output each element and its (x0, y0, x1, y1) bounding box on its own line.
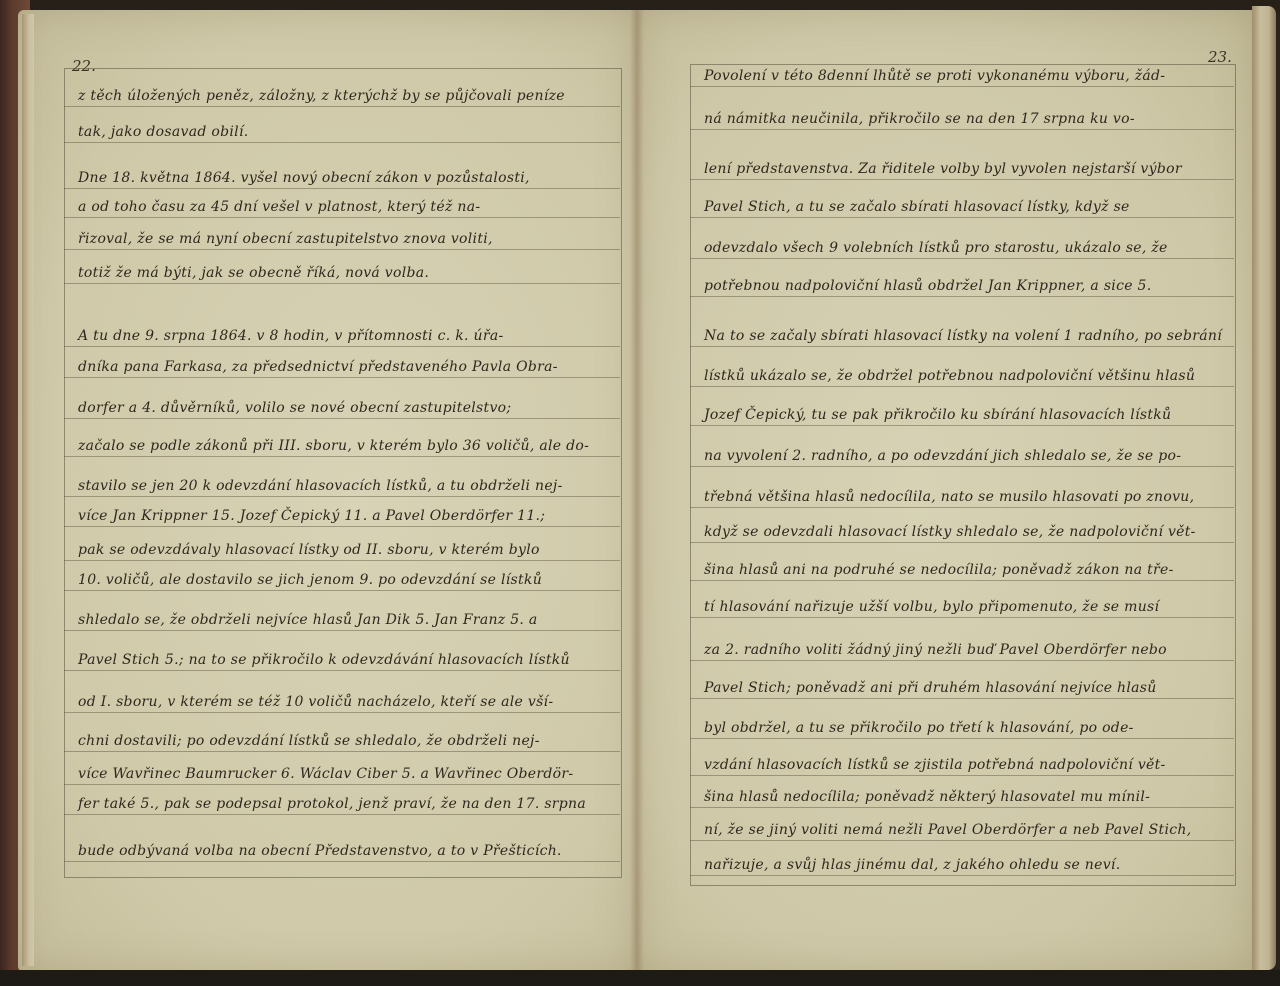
handwritten-line: Povolení v této 8denní lhůtě se proti vy… (690, 66, 1234, 87)
handwritten-line: shledalo se, že obdrželi nejvíce hlasů J… (64, 610, 620, 631)
right-page-text: Povolení v této 8denní lhůtě se proti vy… (690, 0, 1234, 986)
handwritten-line: Na to se začaly sbírati hlasovací lístky… (690, 326, 1234, 347)
handwritten-line: byl obdržel, a tu se přikročilo po třetí… (690, 718, 1234, 739)
handwritten-line: a od toho času za 45 dní vešel v platnos… (64, 197, 620, 218)
handwritten-line: stavilo se jen 20 k odevzdání hlasovacíc… (64, 476, 620, 497)
handwritten-line: vzdání hlasovacích lístků se zjistila po… (690, 755, 1234, 776)
handwritten-line: více Wavřinec Baumrucker 6. Wáclav Ciber… (64, 764, 620, 785)
handwritten-line: 10. voličů, ale dostavilo se jich jenom … (64, 570, 620, 591)
handwritten-line: Pavel Stich 5.; na to se přikročilo k od… (64, 650, 620, 671)
handwritten-line: z těch úložených peněz, záložny, z který… (64, 86, 620, 107)
handwritten-line: na vyvolení 2. radního, a po odevzdání j… (690, 446, 1234, 467)
handwritten-line: odevzdalo všech 9 volebních lístků pro s… (690, 238, 1234, 259)
page-stack-right (1252, 6, 1276, 970)
page-stack-left (22, 14, 34, 966)
handwritten-line: nařizuje, a svůj hlas jinému dal, z jaké… (690, 855, 1234, 876)
handwritten-line: začalo se podle zákonů při III. sboru, v… (64, 436, 620, 457)
handwritten-line: lístků ukázalo se, že obdržel potřebnou … (690, 366, 1234, 387)
handwritten-line: Dne 18. května 1864. vyšel nový obecní z… (64, 168, 620, 189)
handwritten-line: Pavel Stich; poněvadž ani při druhém hla… (690, 678, 1234, 699)
handwritten-line: dníka pana Farkasa, za předsednictví pře… (64, 357, 620, 378)
handwritten-line: fer také 5., pak se podepsal protokol, j… (64, 794, 620, 815)
handwritten-line: tí hlasování nařizuje užší volbu, bylo p… (690, 597, 1234, 618)
handwritten-line: dorfer a 4. důvěrníků, volilo se nové ob… (64, 398, 620, 419)
handwritten-line: když se odevzdali hlasovací lístky shled… (690, 522, 1234, 543)
handwritten-line: ní, že se jiný voliti nemá nežli Pavel O… (690, 820, 1234, 841)
handwritten-line: šina hlasů nedocílila; poněvadž některý … (690, 787, 1234, 808)
handwritten-line: A tu dne 9. srpna 1864. v 8 hodin, v pří… (64, 326, 620, 347)
book-spine-gutter (630, 10, 644, 972)
handwritten-line: chni dostavili; po odevzdání lístků se s… (64, 731, 620, 752)
handwritten-line: více Jan Krippner 15. Jozef Čepický 11. … (64, 506, 620, 527)
handwritten-line: od I. sboru, v kterém se též 10 voličů n… (64, 692, 620, 713)
handwritten-line: za 2. radního voliti žádný jiný nežli bu… (690, 640, 1234, 661)
handwritten-line: lení představenstva. Za řiditele volby b… (690, 159, 1234, 180)
handwritten-line: potřebnou nadpoloviční hlasů obdržel Jan… (690, 276, 1234, 297)
handwritten-line: ná námitka neučinila, přikročilo se na d… (690, 109, 1234, 130)
handwritten-line: pak se odevzdávaly hlasovací lístky od I… (64, 540, 620, 561)
handwritten-line: třebná většina hlasů nedocílila, nato se… (690, 487, 1234, 508)
handwritten-line: bude odbývaná volba na obecní Představen… (64, 841, 620, 862)
handwritten-line: Pavel Stich, a tu se začalo sbírati hlas… (690, 197, 1234, 218)
left-page-text: z těch úložených peněz, záložny, z který… (64, 0, 620, 986)
handwritten-line: tak, jako dosavad obilí. (64, 122, 620, 143)
handwritten-line: šina hlasů ani na podruhé se nedocílila;… (690, 560, 1234, 581)
handwritten-line: řizoval, že se má nyní obecní zastupitel… (64, 229, 620, 250)
handwritten-line: Jozef Čepický, tu se pak přikročilo ku s… (690, 405, 1234, 426)
handwritten-line: totiž že má býti, jak se obecně říká, no… (64, 263, 620, 284)
